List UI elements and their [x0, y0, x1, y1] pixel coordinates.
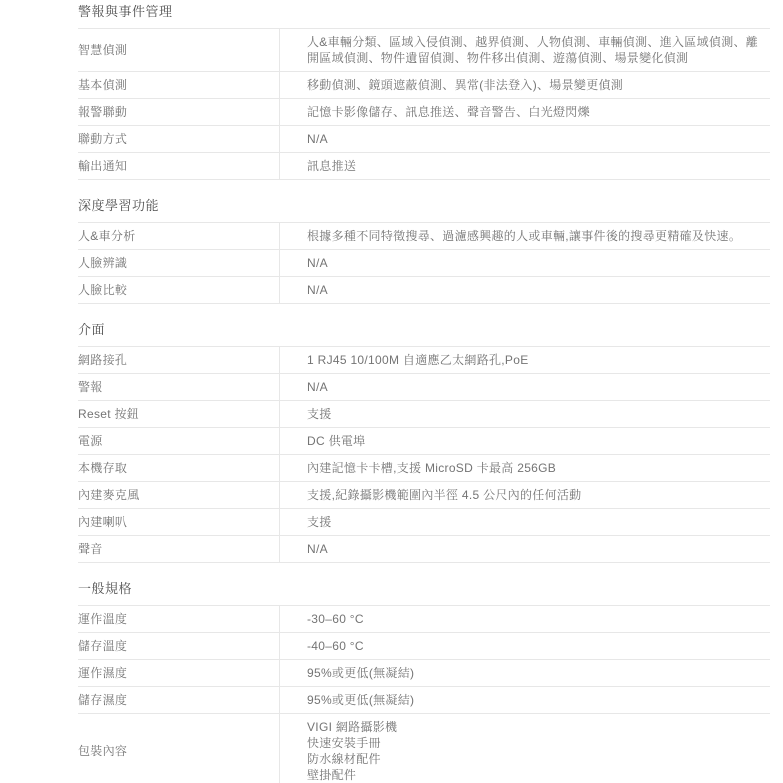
- row-label: 人臉辨識: [78, 250, 280, 276]
- table-row: 儲存濕度 95%或更低(無凝結): [78, 687, 770, 714]
- row-label: Reset 按鈕: [78, 401, 280, 427]
- row-value: 支援: [280, 401, 770, 427]
- row-value: 記憶卡影像儲存、訊息推送、聲音警告、白光燈閃爍: [280, 99, 770, 125]
- section-interface: 介面 網路接孔 1 RJ45 10/100M 自適應乙太網路孔,PoE 警報 N…: [78, 322, 770, 563]
- row-value: -30–60 °C: [280, 606, 770, 632]
- row-value: 根據多種不同特徵搜尋、過濾感興趣的人或車輛,讓事件後的搜尋更精確及快速。: [280, 223, 770, 249]
- row-value: 95%或更低(無凝結): [280, 660, 770, 686]
- row-value: N/A: [280, 374, 770, 400]
- row-value: 1 RJ45 10/100M 自適應乙太網路孔,PoE: [280, 347, 770, 373]
- table-row: 運作溫度 -30–60 °C: [78, 606, 770, 633]
- row-value: 移動偵測、鏡頭遮蔽偵測、異常(非法登入)、場景變更偵測: [280, 72, 770, 98]
- table-row: 基本偵測 移動偵測、鏡頭遮蔽偵測、異常(非法登入)、場景變更偵測: [78, 72, 770, 99]
- row-label: 本機存取: [78, 455, 280, 481]
- row-value: N/A: [280, 126, 770, 152]
- section-title: 深度學習功能: [78, 198, 770, 214]
- row-value: -40–60 °C: [280, 633, 770, 659]
- row-label: 警報: [78, 374, 280, 400]
- row-value: 支援,紀錄攝影機範圍內半徑 4.5 公尺內的任何活動: [280, 482, 770, 508]
- table-row: 儲存溫度 -40–60 °C: [78, 633, 770, 660]
- table-row: 內建喇叭 支援: [78, 509, 770, 536]
- row-label: 報警聯動: [78, 99, 280, 125]
- row-value: 人&車輛分類、區域入侵偵測、越界偵測、人物偵測、車輛偵測、進入區域偵測、離開區域…: [280, 29, 770, 71]
- row-label: 內建麥克風: [78, 482, 280, 508]
- table-row: 聲音 N/A: [78, 536, 770, 563]
- row-value: 內建記憶卡卡槽,支援 MicroSD 卡最高 256GB: [280, 455, 770, 481]
- table-row: 電源 DC 供電埠: [78, 428, 770, 455]
- spec-table: 網路接孔 1 RJ45 10/100M 自適應乙太網路孔,PoE 警報 N/A …: [78, 346, 770, 563]
- table-row: 報警聯動 記憶卡影像儲存、訊息推送、聲音警告、白光燈閃爍: [78, 99, 770, 126]
- row-label: 儲存溫度: [78, 633, 280, 659]
- row-value: N/A: [280, 250, 770, 276]
- row-value: 支援: [280, 509, 770, 535]
- table-row: 本機存取 內建記憶卡卡槽,支援 MicroSD 卡最高 256GB: [78, 455, 770, 482]
- row-value: VIGI 網路攝影機 快速安裝手冊 防水線材配件 壁掛配件: [280, 714, 770, 783]
- table-row: 網路接孔 1 RJ45 10/100M 自適應乙太網路孔,PoE: [78, 347, 770, 374]
- row-label: 包裝內容: [78, 714, 280, 783]
- row-label: 人&車分析: [78, 223, 280, 249]
- section-deep-learning: 深度學習功能 人&車分析 根據多種不同特徵搜尋、過濾感興趣的人或車輛,讓事件後的…: [78, 198, 770, 304]
- table-row: 內建麥克風 支援,紀錄攝影機範圍內半徑 4.5 公尺內的任何活動: [78, 482, 770, 509]
- table-row: 包裝內容 VIGI 網路攝影機 快速安裝手冊 防水線材配件 壁掛配件: [78, 714, 770, 783]
- row-label: 聯動方式: [78, 126, 280, 152]
- table-row: 智慧偵測 人&車輛分類、區域入侵偵測、越界偵測、人物偵測、車輛偵測、進入區域偵測…: [78, 29, 770, 72]
- row-label: 網路接孔: [78, 347, 280, 373]
- table-row: Reset 按鈕 支援: [78, 401, 770, 428]
- row-label: 運作濕度: [78, 660, 280, 686]
- table-row: 輸出通知 訊息推送: [78, 153, 770, 180]
- table-row: 警報 N/A: [78, 374, 770, 401]
- section-title: 一般規格: [78, 581, 770, 597]
- row-value: N/A: [280, 277, 770, 303]
- section-alarm-event-management: 警報與事件管理 智慧偵測 人&車輛分類、區域入侵偵測、越界偵測、人物偵測、車輛偵…: [78, 4, 770, 180]
- row-label: 輸出通知: [78, 153, 280, 179]
- row-value: 95%或更低(無凝結): [280, 687, 770, 713]
- row-label: 人臉比較: [78, 277, 280, 303]
- row-value: 訊息推送: [280, 153, 770, 179]
- row-label: 聲音: [78, 536, 280, 562]
- table-row: 運作濕度 95%或更低(無凝結): [78, 660, 770, 687]
- row-label: 內建喇叭: [78, 509, 280, 535]
- spec-table: 智慧偵測 人&車輛分類、區域入侵偵測、越界偵測、人物偵測、車輛偵測、進入區域偵測…: [78, 28, 770, 180]
- table-row: 人臉比較 N/A: [78, 277, 770, 304]
- section-title: 介面: [78, 322, 770, 338]
- spec-page: 警報與事件管理 智慧偵測 人&車輛分類、區域入侵偵測、越界偵測、人物偵測、車輛偵…: [0, 0, 783, 783]
- section-title: 警報與事件管理: [78, 4, 770, 20]
- row-value: N/A: [280, 536, 770, 562]
- table-row: 人&車分析 根據多種不同特徵搜尋、過濾感興趣的人或車輛,讓事件後的搜尋更精確及快…: [78, 223, 770, 250]
- row-label: 儲存濕度: [78, 687, 280, 713]
- row-label: 運作溫度: [78, 606, 280, 632]
- section-general-specs: 一般規格 運作溫度 -30–60 °C 儲存溫度 -40–60 °C 運作濕度 …: [78, 581, 770, 783]
- table-row: 人臉辨識 N/A: [78, 250, 770, 277]
- spec-table: 人&車分析 根據多種不同特徵搜尋、過濾感興趣的人或車輛,讓事件後的搜尋更精確及快…: [78, 222, 770, 304]
- row-label: 基本偵測: [78, 72, 280, 98]
- spec-table: 運作溫度 -30–60 °C 儲存溫度 -40–60 °C 運作濕度 95%或更…: [78, 605, 770, 783]
- table-row: 聯動方式 N/A: [78, 126, 770, 153]
- row-label: 智慧偵測: [78, 29, 280, 71]
- row-value: DC 供電埠: [280, 428, 770, 454]
- row-label: 電源: [78, 428, 280, 454]
